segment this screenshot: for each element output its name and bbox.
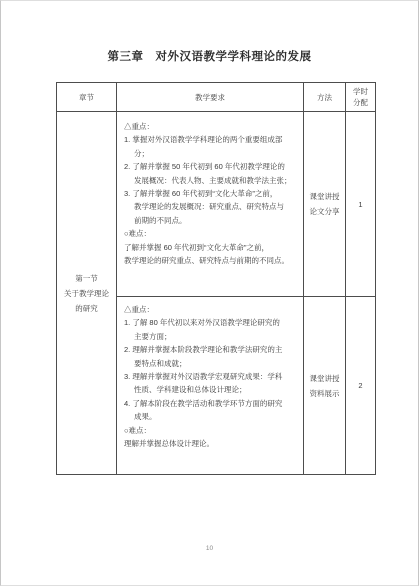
method-line1: 课堂讲授 <box>304 371 345 386</box>
requirement-line: ○难点： <box>124 424 299 437</box>
hours-cell-row1: 1 <box>346 112 376 297</box>
requirement-line: 教学理论的研究重点、研究特点与前期的不同点。 <box>124 254 299 267</box>
document-page: 第三章 对外汉语教学学科理论的发展 章节 教学要求 方法 学时 分配 第一节 关 <box>0 0 419 586</box>
col-header-hours-line1: 学时 <box>346 86 375 97</box>
requirement-line: 成果。 <box>124 410 299 423</box>
chapter-title: 第三章 对外汉语教学学科理论的发展 <box>1 48 418 64</box>
section-title-line2: 关于教学理论 <box>57 286 116 301</box>
method-line2: 论文分享 <box>304 204 345 219</box>
requirement-line: 前期的不同点。 <box>124 214 299 227</box>
requirement-line: 性质、学科建设和总体设计理论； <box>124 383 299 396</box>
requirements-cell-row1: △重点：1. 掌握对外汉语教学学科理论的两个重要组成部分；2. 了解并掌握 50… <box>117 112 304 297</box>
requirement-line: 2. 了解并掌握 50 年代初到 60 年代初教学理论的 <box>124 160 299 173</box>
requirement-line: 2. 理解并掌握本阶段教学理论和教学法研究的主 <box>124 343 299 356</box>
col-header-hours-line2: 分配 <box>346 97 375 108</box>
col-header-hours: 学时 分配 <box>346 83 376 112</box>
hours-cell-row2: 2 <box>346 297 376 475</box>
teaching-plan-table: 章节 教学要求 方法 学时 分配 第一节 关于教学理论 的研究 △重点：1. 掌… <box>56 82 376 475</box>
method-line1: 课堂讲授 <box>304 189 345 204</box>
requirement-line: △重点： <box>124 120 299 133</box>
requirement-line: 1. 了解 80 年代初以来对外汉语教学理论研究的 <box>124 316 299 329</box>
requirement-line: 要特点和成就； <box>124 357 299 370</box>
col-header-chapter: 章节 <box>57 83 117 112</box>
section-cell: 第一节 关于教学理论 的研究 <box>57 112 117 475</box>
requirement-line: 3. 理解并掌握对外汉语教学宏观研究成果：学科 <box>124 370 299 383</box>
requirement-line: 发展概况：代表人物、主要成就和教学法主张； <box>124 174 299 187</box>
requirement-line: 了解并掌握 60 年代初到“文化大革命”之前， <box>124 241 299 254</box>
method-cell-row2: 课堂讲授 资料展示 <box>304 297 346 475</box>
requirement-line: 3. 了解并掌握 60 年代初到“文化大革命”之前， <box>124 187 299 200</box>
page-number: 10 <box>1 545 418 552</box>
method-cell-row1: 课堂讲授 论文分享 <box>304 112 346 297</box>
requirements-cell-row2: △重点：1. 了解 80 年代初以来对外汉语教学理论研究的主要方面；2. 理解并… <box>117 297 304 475</box>
table-row: 第一节 关于教学理论 的研究 △重点：1. 掌握对外汉语教学学科理论的两个重要组… <box>57 112 376 297</box>
method-line2: 资料展示 <box>304 386 345 401</box>
requirement-line: ○难点： <box>124 227 299 240</box>
requirement-line: 分； <box>124 147 299 160</box>
requirement-line: △重点： <box>124 303 299 316</box>
col-header-requirements: 教学要求 <box>117 83 304 112</box>
requirement-line: 1. 掌握对外汉语教学学科理论的两个重要组成部 <box>124 133 299 146</box>
requirement-line: 理解并掌握总体设计理论。 <box>124 437 299 450</box>
col-header-method: 方法 <box>304 83 346 112</box>
requirement-line: 4. 了解本阶段在教学活动和教学环节方面的研究 <box>124 397 299 410</box>
section-title-line1: 第一节 <box>57 271 116 286</box>
section-title-line3: 的研究 <box>57 301 116 316</box>
table-header-row: 章节 教学要求 方法 学时 分配 <box>57 83 376 112</box>
requirement-line: 主要方面； <box>124 330 299 343</box>
requirement-line: 教学理论的发展概况：研究重点、研究特点与 <box>124 200 299 213</box>
